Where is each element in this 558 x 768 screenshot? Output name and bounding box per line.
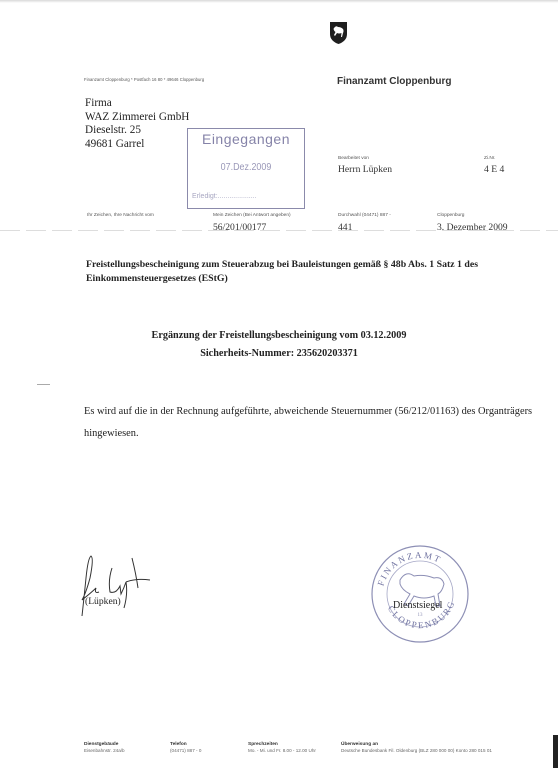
fold-mark	[37, 384, 50, 385]
svg-text:13: 13	[418, 613, 424, 618]
footer-bank-value: Deutsche Bundesbank Fil. Oldenburg (BLZ …	[341, 748, 492, 753]
stamp-title: Eingegangen	[188, 131, 304, 147]
footer-hours-head: Sprechzeiten	[248, 742, 278, 747]
reference-rule	[0, 230, 558, 231]
footer-phone-value: (04471) 887 - 0	[170, 748, 201, 753]
scan-edge-shadow	[553, 735, 558, 768]
signer-name: (Lüpken)	[85, 596, 121, 607]
svg-text:FINANZAMT: FINANZAMT	[376, 550, 444, 587]
footer-building-head: Dienstgebäude	[84, 742, 118, 747]
body-paragraph: Es wird auf die in der Rechnung aufgefüh…	[84, 401, 544, 445]
handler-value: Herrn Lüpken	[338, 164, 392, 175]
place-label: Cloppenburg	[437, 213, 464, 218]
recipient-address: Firma WAZ Zimmerei GmbH Dieselstr. 25 49…	[85, 97, 189, 151]
supplement-heading: Ergänzung der Freistellungsbescheinigung…	[0, 327, 558, 362]
handler-label: Bearbeitet von	[338, 156, 369, 161]
seal-label: Dienstsiegel	[393, 600, 442, 611]
room-label: Zi.Nr.	[484, 156, 495, 161]
phone-value: 441	[338, 222, 352, 233]
footer-bank-head: Überweisung an	[341, 742, 378, 747]
stamp-date: 07.Dez.2009	[197, 161, 296, 173]
my-ref-label: Mein Zeichen (Bei Antwort angeben)	[213, 213, 291, 218]
footer-hours-value: Mo. - Mi. und Fr. 8.00 - 12.00 Uhr	[248, 748, 316, 753]
address-line: Dieselstr. 25	[85, 124, 189, 138]
office-name: Finanzamt Cloppenburg	[337, 76, 451, 87]
lower-saxony-horse-crest-icon	[330, 22, 347, 44]
address-line: WAZ Zimmerei GmbH	[85, 111, 189, 125]
supplement-title: Ergänzung der Freistellungsbescheinigung…	[0, 327, 558, 345]
your-ref-label: Ihr Zeichen, Ihre Nachricht vom	[87, 213, 154, 218]
phone-label: Durchwahl (04471) 887 -	[338, 213, 391, 218]
security-number: Sicherheits-Nummer: 235620203371	[0, 345, 558, 363]
room-value: 4 E 4	[484, 164, 504, 175]
footer-building-value: Eisenbahnstr. 24a/b	[84, 748, 125, 753]
scan-top-edge	[0, 0, 558, 3]
letter-date: 3. Dezember 2009	[437, 222, 508, 233]
stamp-done-label: Erledigt:....................	[192, 193, 257, 200]
address-line: Firma	[85, 97, 189, 111]
footer-phone-head: Telefon	[170, 742, 187, 747]
sender-return-address: Finanzamt Cloppenburg * Postfach 16 80 *…	[84, 77, 204, 82]
my-ref-value: 56/201/00177	[213, 222, 266, 233]
subject-heading: Freistellungsbescheinigung zum Steuerabz…	[86, 258, 536, 285]
official-seal-icon: FINANZAMT CLOPPENBURG 13	[368, 540, 472, 648]
handwritten-signature	[64, 548, 174, 620]
received-stamp: Eingegangen 07.Dez.2009 Erledigt:.......…	[187, 128, 305, 209]
address-line: 49681 Garrel	[85, 138, 189, 152]
